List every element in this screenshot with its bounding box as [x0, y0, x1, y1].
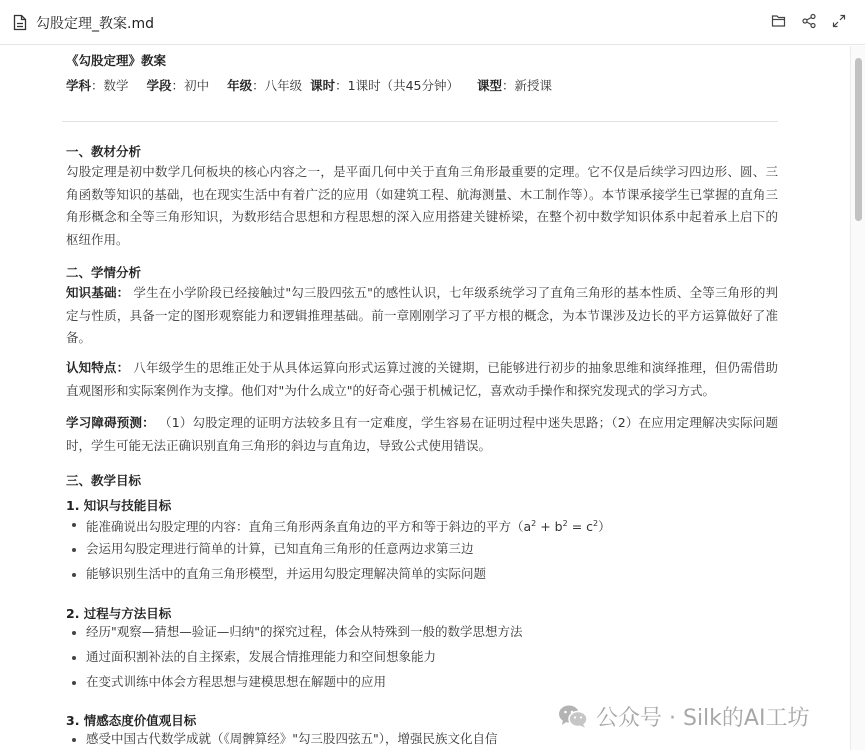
goal-process-methods-list: 经历"观察—猜想—验证—归纳"的探究过程，体会从特殊到一般的数学思想方法 通过面…	[66, 621, 523, 696]
divider	[62, 121, 778, 122]
lesson-meta: 学科：数学 学段：初中 年级：八年级 课时：1课时（共45分钟） 课型：新授课	[66, 76, 566, 94]
goal-knowledge-skills-list: 能准确说出勾股定理的内容：直角三角形两条直角边的平方和等于斜边的平方（a2 + …	[66, 513, 611, 588]
title-bar: 勾股定理_教案.md	[0, 0, 865, 45]
meta-subject: 学科：数学	[66, 78, 129, 93]
cognitive-traits-paragraph: 认知特点： 八年级学生的思维正处于从具体运算向形式运算过渡的关键期，已能够进行初…	[66, 357, 778, 402]
list-item: 能准确说出勾股定理的内容：直角三角形两条直角边的平方和等于斜边的平方（a2 + …	[66, 513, 611, 538]
list-item: 感受中国古代数学成就（《周髀算经》"勾三股四弦五"），增强民族文化自信	[66, 728, 498, 750]
markdown-file-icon	[13, 14, 27, 31]
wechat-icon	[558, 704, 588, 728]
list-item: 会运用勾股定理进行简单的计算，已知直角三角形的任意两边求第三边	[66, 538, 611, 563]
open-folder-icon[interactable]	[771, 13, 787, 29]
section-heading-textbook-analysis: 一、教材分析	[66, 142, 141, 160]
window-title: 勾股定理_教案.md	[36, 13, 154, 33]
scrollbar-thumb[interactable]	[855, 58, 862, 221]
meta-grade: 年级：八年级	[227, 78, 302, 93]
document-viewer: 《勾股定理》教案 学科：数学 学段：初中 年级：八年级 课时：1课时（共45分钟…	[0, 46, 850, 750]
meta-stage: 学段：初中	[147, 78, 210, 93]
list-item: 在变式训练中体会方程思想与建模思想在解题中的应用	[66, 671, 523, 696]
goal-process-methods-heading: 2. 过程与方法目标	[66, 604, 171, 622]
section-heading-teaching-goals: 三、教学目标	[66, 471, 141, 489]
textbook-analysis-paragraph: 勾股定理是初中数学几何板块的核心内容之一，是平面几何中关于直角三角形最重要的定理…	[66, 161, 778, 251]
watermark: 公众号 · Silk的AI工坊	[558, 700, 809, 732]
vertical-scrollbar[interactable]	[850, 46, 865, 750]
goal-attitude-values-list: 感受中国古代数学成就（《周髀算经》"勾三股四弦五"），增强民族文化自信	[66, 728, 498, 750]
expand-icon[interactable]	[831, 13, 847, 29]
goal-attitude-values-heading: 3. 情感态度价值观目标	[66, 711, 196, 729]
list-item: 能够识别生活中的直角三角形模型，并运用勾股定理解决简单的实际问题	[66, 563, 611, 588]
meta-periods: 课时：1课时（共45分钟）	[310, 78, 459, 93]
list-item: 经历"观察—猜想—验证—归纳"的探究过程，体会从特殊到一般的数学思想方法	[66, 621, 523, 646]
section-heading-student-analysis: 二、学情分析	[66, 263, 141, 281]
list-item: 通过面积割补法的自主探索，发展合情推理能力和空间想象能力	[66, 646, 523, 671]
watermark-text: 公众号 · Silk的AI工坊	[596, 701, 809, 732]
title-actions	[771, 13, 847, 29]
share-icon[interactable]	[801, 13, 817, 29]
knowledge-base-paragraph: 知识基础： 学生在小学阶段已经接触过"勾三股四弦五"的感性认识，七年级系统学习了…	[66, 282, 778, 350]
meta-type: 课型：新授课	[477, 78, 552, 93]
learning-obstacles-paragraph: 学习障碍预测： （1）勾股定理的证明方法较多且有一定难度，学生容易在证明过程中迷…	[66, 412, 778, 457]
document-title: 《勾股定理》教案	[66, 51, 166, 69]
goal-knowledge-skills-heading: 1. 知识与技能目标	[66, 496, 171, 514]
